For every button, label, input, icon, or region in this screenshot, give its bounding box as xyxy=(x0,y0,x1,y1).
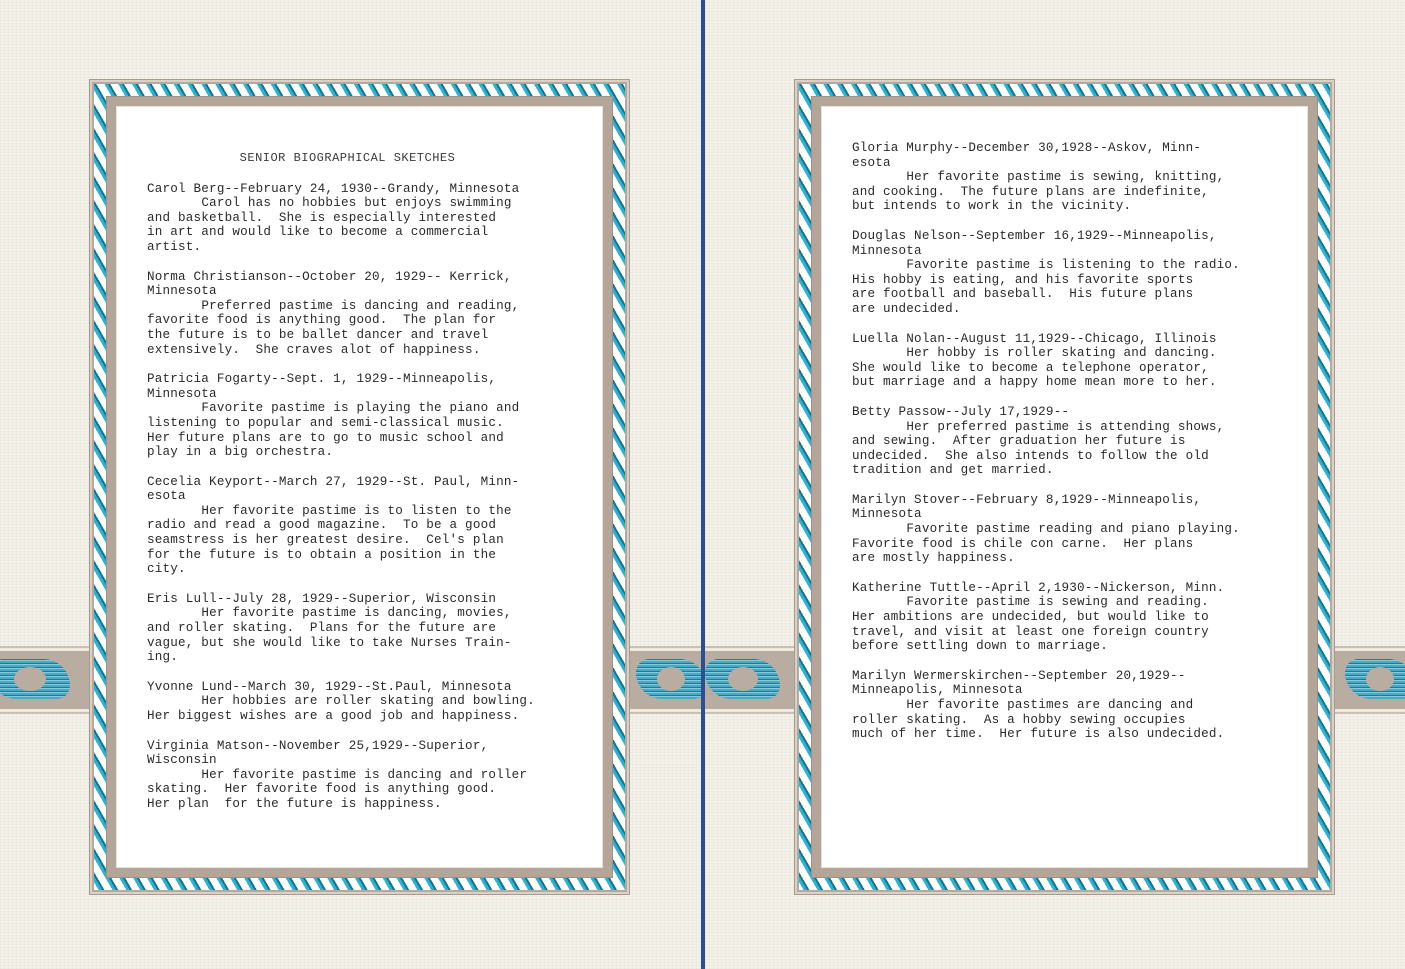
bio-body: Her favorite pastime is sewing, knitting… xyxy=(852,170,1293,214)
bio-body: Carol has no hobbies but enjoys swimming… xyxy=(147,196,588,254)
bio-heading: Douglas Nelson--September 16,1929--Minne… xyxy=(852,229,1293,258)
bio-body: Her hobbies are roller skating and bowli… xyxy=(147,694,588,723)
bio-heading: Virginia Matson--November 25,1929--Super… xyxy=(147,739,588,768)
bio-entry: Douglas Nelson--September 16,1929--Minne… xyxy=(852,229,1293,317)
bio-entry: Betty Passow--July 17,1929-- Her preferr… xyxy=(852,405,1293,478)
right-frame: Gloria Murphy--December 30,1928--Askov, … xyxy=(795,80,1334,894)
right-sheet-content: Gloria Murphy--December 30,1928--Askov, … xyxy=(852,141,1293,757)
bio-body: Favorite pastime is sewing and reading. … xyxy=(852,595,1293,653)
bio-entry: Luella Nolan--August 11,1929--Chicago, I… xyxy=(852,332,1293,390)
frame-mat: Gloria Murphy--December 30,1928--Askov, … xyxy=(811,96,1318,878)
bio-entry: Norma Christianson--October 20, 1929-- K… xyxy=(147,270,588,358)
bio-entry: Marilyn Wermerskirchen--September 20,192… xyxy=(852,669,1293,742)
bio-heading: Katherine Tuttle--April 2,1930--Nickerso… xyxy=(852,581,1293,596)
bio-body: Her favorite pastime is dancing and roll… xyxy=(147,768,588,812)
bio-entry: Yvonne Lund--March 30, 1929--St.Paul, Mi… xyxy=(147,680,588,724)
bio-heading: Norma Christianson--October 20, 1929-- K… xyxy=(147,270,588,299)
bio-heading: Marilyn Wermerskirchen--September 20,192… xyxy=(852,669,1293,698)
bio-entry: Cecelia Keyport--March 27, 1929--St. Pau… xyxy=(147,475,588,577)
scroll-ornament-icon xyxy=(705,659,780,699)
bio-body: Her favorite pastime is dancing, movies,… xyxy=(147,606,588,664)
scroll-ornament-icon xyxy=(1345,659,1405,699)
bio-body: Preferred pastime is dancing and reading… xyxy=(147,299,588,357)
bio-entry: Carol Berg--February 24, 1930--Grandy, M… xyxy=(147,182,588,255)
yearbook-spread: SENIOR BIOGRAPHICAL SKETCHES Carol Berg-… xyxy=(0,0,1405,969)
page-title: SENIOR BIOGRAPHICAL SKETCHES xyxy=(147,151,588,166)
page-gutter xyxy=(701,0,705,969)
bio-heading: Marilyn Stover--February 8,1929--Minneap… xyxy=(852,493,1293,522)
scroll-ornament-icon xyxy=(636,659,706,699)
bio-body: Her preferred pastime is attending shows… xyxy=(852,420,1293,478)
bio-body: Her hobby is roller skating and dancing.… xyxy=(852,346,1293,390)
left-sheet: SENIOR BIOGRAPHICAL SKETCHES Carol Berg-… xyxy=(116,106,603,868)
bio-body: Favorite pastime is listening to the rad… xyxy=(852,258,1293,316)
bio-heading: Cecelia Keyport--March 27, 1929--St. Pau… xyxy=(147,475,588,504)
bio-entry: Katherine Tuttle--April 2,1930--Nickerso… xyxy=(852,581,1293,654)
left-sheet-content: SENIOR BIOGRAPHICAL SKETCHES Carol Berg-… xyxy=(147,151,588,827)
frame-mat: SENIOR BIOGRAPHICAL SKETCHES Carol Berg-… xyxy=(106,96,613,878)
bio-entry: Eris Lull--July 28, 1929--Superior, Wisc… xyxy=(147,592,588,665)
bio-entry: Patricia Fogarty--Sept. 1, 1929--Minneap… xyxy=(147,372,588,460)
bio-body: Favorite pastime is playing the piano an… xyxy=(147,401,588,459)
scroll-ornament-icon xyxy=(0,659,70,699)
bio-heading: Eris Lull--July 28, 1929--Superior, Wisc… xyxy=(147,592,588,607)
bio-heading: Yvonne Lund--March 30, 1929--St.Paul, Mi… xyxy=(147,680,588,695)
bio-heading: Gloria Murphy--December 30,1928--Askov, … xyxy=(852,141,1293,170)
left-frame: SENIOR BIOGRAPHICAL SKETCHES Carol Berg-… xyxy=(90,80,629,894)
bio-body: Favorite pastime reading and piano playi… xyxy=(852,522,1293,566)
right-sheet: Gloria Murphy--December 30,1928--Askov, … xyxy=(821,106,1308,868)
bio-heading: Luella Nolan--August 11,1929--Chicago, I… xyxy=(852,332,1293,347)
bio-entry: Virginia Matson--November 25,1929--Super… xyxy=(147,739,588,812)
bio-heading: Patricia Fogarty--Sept. 1, 1929--Minneap… xyxy=(147,372,588,401)
bio-body: Her favorite pastimes are dancing and ro… xyxy=(852,698,1293,742)
bio-body: Her favorite pastime is to listen to the… xyxy=(147,504,588,577)
bio-entry: Marilyn Stover--February 8,1929--Minneap… xyxy=(852,493,1293,566)
bio-heading: Carol Berg--February 24, 1930--Grandy, M… xyxy=(147,182,588,197)
bio-heading: Betty Passow--July 17,1929-- xyxy=(852,405,1293,420)
bio-entry: Gloria Murphy--December 30,1928--Askov, … xyxy=(852,141,1293,214)
